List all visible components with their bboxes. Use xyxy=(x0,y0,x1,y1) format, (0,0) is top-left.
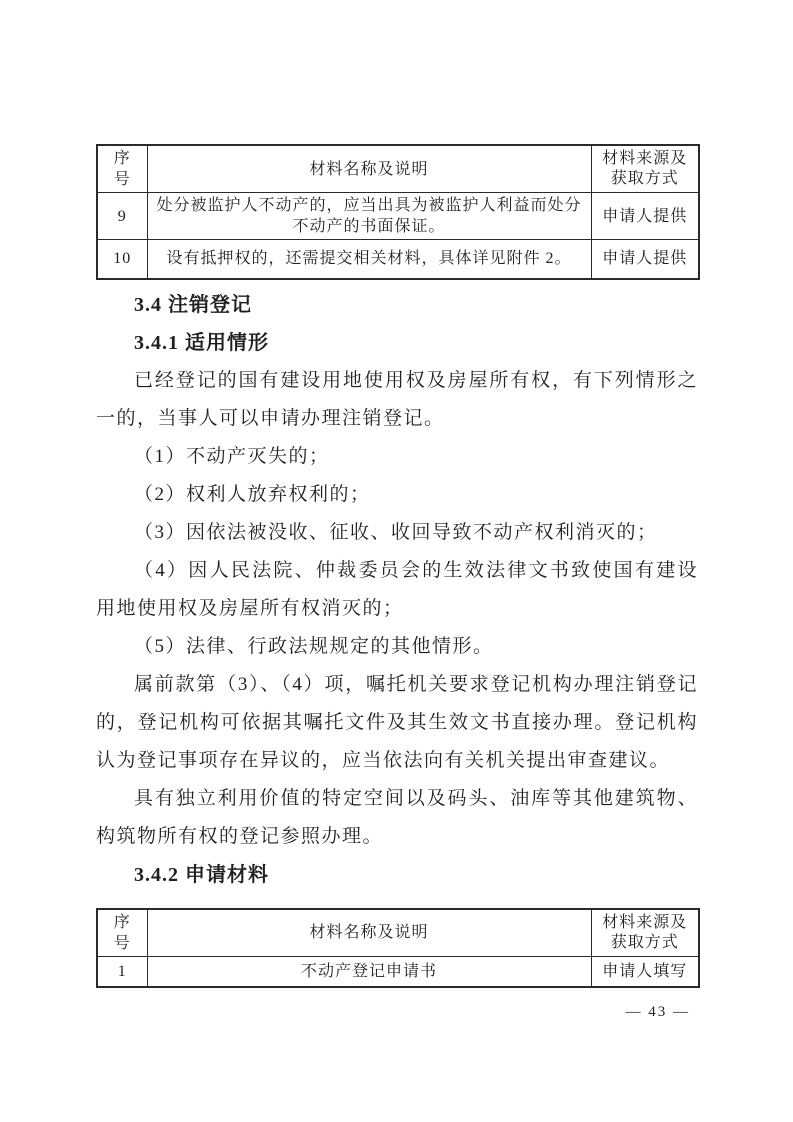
list-item-3: （3）因依法被没收、征收、收回导致不动产权利消灭的； xyxy=(96,514,698,552)
table-header-row: 序号 材料名称及说明 材料来源及 获取方式 xyxy=(97,909,699,957)
col-header-source-line2: 获取方式 xyxy=(600,169,691,189)
page-number: — 43 — xyxy=(96,1004,698,1021)
cell-description: 不动产登记申请书 xyxy=(147,956,591,987)
cell-description: 设有抵押权的，还需提交相关材料，具体详见附件 2。 xyxy=(147,240,591,279)
list-item-5: （5）法律、行政法规规定的其他情形。 xyxy=(96,628,698,666)
table-header-row: 序号 材料名称及说明 材料来源及 获取方式 xyxy=(97,145,699,193)
document-page: 序号 材料名称及说明 材料来源及 获取方式 9 处分被监护人不动产的，应当出具为… xyxy=(0,0,793,1122)
col-header-source-line1: 材料来源及 xyxy=(600,913,691,933)
section-heading-3-4: 3.4 注销登记 xyxy=(96,286,698,324)
paragraph-entrusted-cancellation: 属前款第（3）、（4）项，嘱托机关要求登记机构办理注销登记的，登记机构可依据其嘱… xyxy=(96,666,698,780)
cell-description: 处分被监护人不动产的，应当出具为被监护人利益而处分不动产的书面保证。 xyxy=(147,193,591,240)
subsection-heading-3-4-2: 3.4.2 申请材料 xyxy=(96,856,698,894)
col-header-source: 材料来源及 获取方式 xyxy=(591,909,699,957)
col-header-material-name: 材料名称及说明 xyxy=(147,145,591,193)
col-header-source-line2: 获取方式 xyxy=(600,933,691,953)
document-content: 序号 材料名称及说明 材料来源及 获取方式 9 处分被监护人不动产的，应当出具为… xyxy=(96,0,698,1021)
materials-table-top: 序号 材料名称及说明 材料来源及 获取方式 9 处分被监护人不动产的，应当出具为… xyxy=(96,144,700,280)
col-header-serial: 序号 xyxy=(97,909,147,957)
subsection-heading-3-4-1: 3.4.1 适用情形 xyxy=(96,324,698,362)
col-header-material-name: 材料名称及说明 xyxy=(147,909,591,957)
paragraph-applicable-situations-intro: 已经登记的国有建设用地使用权及房屋所有权，有下列情形之一的，当事人可以申请办理注… xyxy=(96,362,698,438)
cell-source: 申请人提供 xyxy=(591,193,699,240)
table-row: 9 处分被监护人不动产的，应当出具为被监护人利益而处分不动产的书面保证。 申请人… xyxy=(97,193,699,240)
list-item-1: （1）不动产灭失的； xyxy=(96,438,698,476)
table-row: 1 不动产登记申请书 申请人填写 xyxy=(97,956,699,987)
cell-source: 申请人提供 xyxy=(591,240,699,279)
cell-serial: 9 xyxy=(97,193,147,240)
list-item-4: （4）因人民法院、仲裁委员会的生效法律文书致使国有建设用地使用权及房屋所有权消灭… xyxy=(96,552,698,628)
col-header-source-line1: 材料来源及 xyxy=(600,149,691,169)
col-header-serial: 序号 xyxy=(97,145,147,193)
cell-serial: 10 xyxy=(97,240,147,279)
materials-table-bottom: 序号 材料名称及说明 材料来源及 获取方式 1 不动产登记申请书 申请人填写 xyxy=(96,908,700,989)
col-header-source: 材料来源及 获取方式 xyxy=(591,145,699,193)
cell-serial: 1 xyxy=(97,956,147,987)
cell-source: 申请人填写 xyxy=(591,956,699,987)
table-row: 10 设有抵押权的，还需提交相关材料，具体详见附件 2。 申请人提供 xyxy=(97,240,699,279)
paragraph-other-structures: 具有独立利用价值的特定空间以及码头、油库等其他建筑物、构筑物所有权的登记参照办理… xyxy=(96,780,698,856)
list-item-2: （2）权利人放弃权利的； xyxy=(96,476,698,514)
